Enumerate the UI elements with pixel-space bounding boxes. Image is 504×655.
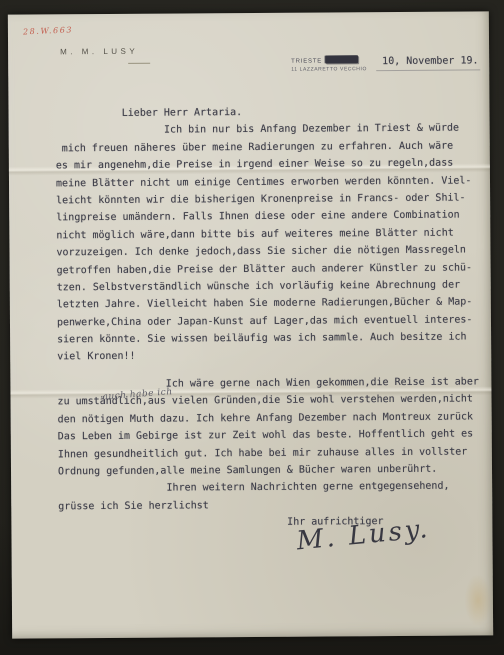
- body-line: es mir angenehm,die Preise in irgend ein…: [56, 155, 472, 175]
- body-line: vorzuzeigen. Ich denke jedoch,dass Sie s…: [56, 242, 472, 262]
- body-line: sieren könnte. Sie wissen beiläufig was …: [57, 329, 473, 349]
- stamp-city-line: Trieste: [291, 55, 367, 65]
- body-line: Ihren weitern Nachrichten gerne entgegen…: [58, 478, 480, 498]
- letterhead-name: M. M. LUSY: [60, 47, 138, 57]
- scanned-letter: 28.W.663 M. M. LUSY Trieste 11 Lazzarett…: [0, 0, 504, 655]
- date-line: 10, November 19.: [382, 54, 478, 69]
- letter-page: 28.W.663 M. M. LUSY Trieste 11 Lazzarett…: [8, 11, 493, 638]
- body-line: viel Kronen!!: [57, 346, 473, 366]
- stamp-city: Trieste: [291, 58, 322, 64]
- stamp-street: 11 Lazzaretto Vecchio: [291, 66, 367, 73]
- paper-stain: [463, 571, 493, 629]
- date-underline: [376, 69, 480, 71]
- letterhead-rule: [128, 63, 150, 64]
- obliterated-text: [325, 55, 358, 63]
- archive-number-annotation: 28.W.663: [23, 25, 74, 36]
- letter-body-paragraph-1: Lieber Herr Artaria. Ich bin nur bis Anf…: [55, 102, 472, 366]
- address-stamp: Trieste 11 Lazzaretto Vecchio: [291, 55, 367, 73]
